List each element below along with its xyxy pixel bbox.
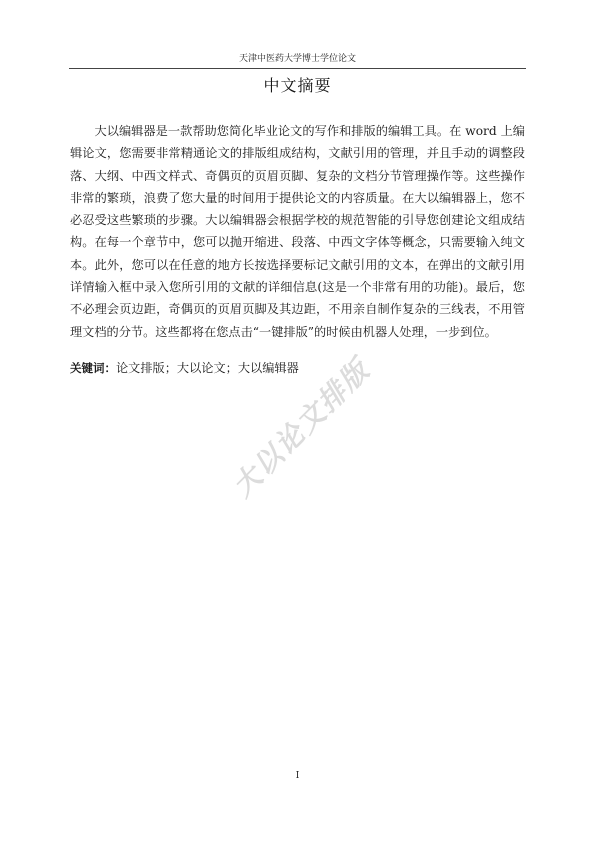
- document-page: 天津中医药大学博士学位论文 中文摘要 大以编辑器是一款帮助您简化毕业论文的写作和…: [0, 0, 595, 842]
- abstract-paragraph: 大以编辑器是一款帮助您简化毕业论文的写作和排版的编辑工具。在 word 上编辑论…: [70, 120, 525, 343]
- keywords-label: 关键词：: [70, 361, 116, 375]
- running-header: 天津中医药大学博士学位论文: [69, 53, 526, 68]
- keywords-text: 论文排版；大以论文；大以编辑器: [116, 361, 299, 375]
- page-number: I: [0, 770, 595, 782]
- header-rule: [69, 68, 526, 69]
- keywords-line: 关键词：论文排版；大以论文；大以编辑器: [70, 357, 525, 379]
- abstract-title: 中文摘要: [69, 75, 526, 97]
